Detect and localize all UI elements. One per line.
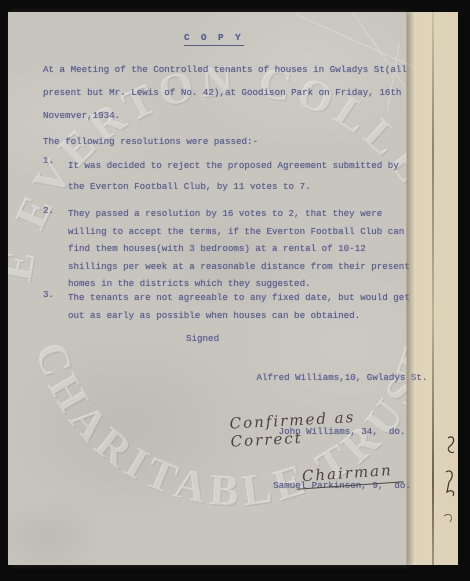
- resolutions-intro: The following resolutions were passed:-: [43, 136, 415, 147]
- scanner-background: { "colors": { "background": "#0b0b0b", "…: [0, 0, 470, 581]
- signed-label: Signed: [186, 333, 219, 344]
- document-title: C O P Y: [184, 32, 244, 46]
- scanned-pages: THE EVERTON COLLECTION CHARITABLE TRUST …: [8, 12, 458, 565]
- resolution-text: It was decided to reject the proposed Ag…: [68, 155, 420, 197]
- resolution-number: 1.: [43, 155, 68, 197]
- resolution-text: They passed a resolution by 16 votes to …: [68, 205, 420, 293]
- resolution-item-3: 3. The tenants are not agreeable to any …: [43, 289, 420, 325]
- signatory: Alfred Williams,10, Gwladys St.: [240, 369, 444, 387]
- resolution-number: 2.: [43, 205, 68, 293]
- resolution-number: 3.: [43, 289, 68, 325]
- resolution-item-2: 2. They passed a resolution by 16 votes …: [43, 205, 420, 293]
- intro-paragraph: At a Meeting of the Controlled tenants o…: [43, 58, 415, 127]
- resolution-item-1: 1. It was decided to reject the proposed…: [43, 155, 420, 197]
- resolution-text: The tenants are not agreeable to any fix…: [68, 289, 420, 325]
- document-page: THE EVERTON COLLECTION CHARITABLE TRUST …: [8, 12, 407, 565]
